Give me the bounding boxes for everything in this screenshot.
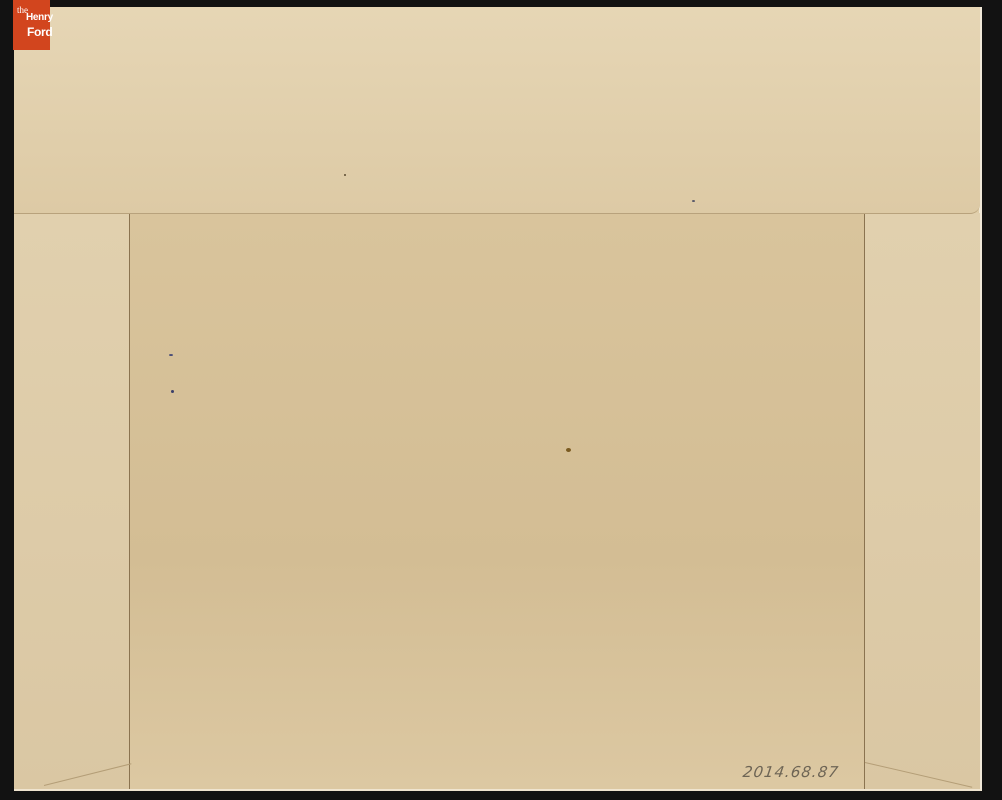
logo-henry: Henry [26, 12, 53, 23]
right-side-flap [863, 213, 980, 789]
stain-speck [566, 448, 571, 452]
left-side-flap [14, 213, 129, 789]
speck [692, 200, 695, 202]
ink-speck [171, 390, 174, 393]
speck [344, 174, 346, 176]
envelope-body-panel [129, 213, 865, 789]
ink-speck [169, 354, 173, 356]
accession-number: 2014.68.87 [742, 763, 840, 781]
envelope-back [14, 7, 982, 791]
top-flap [14, 7, 980, 214]
henry-ford-logo: the Henry Ford [13, 0, 50, 50]
logo-ford: Ford [27, 25, 52, 39]
